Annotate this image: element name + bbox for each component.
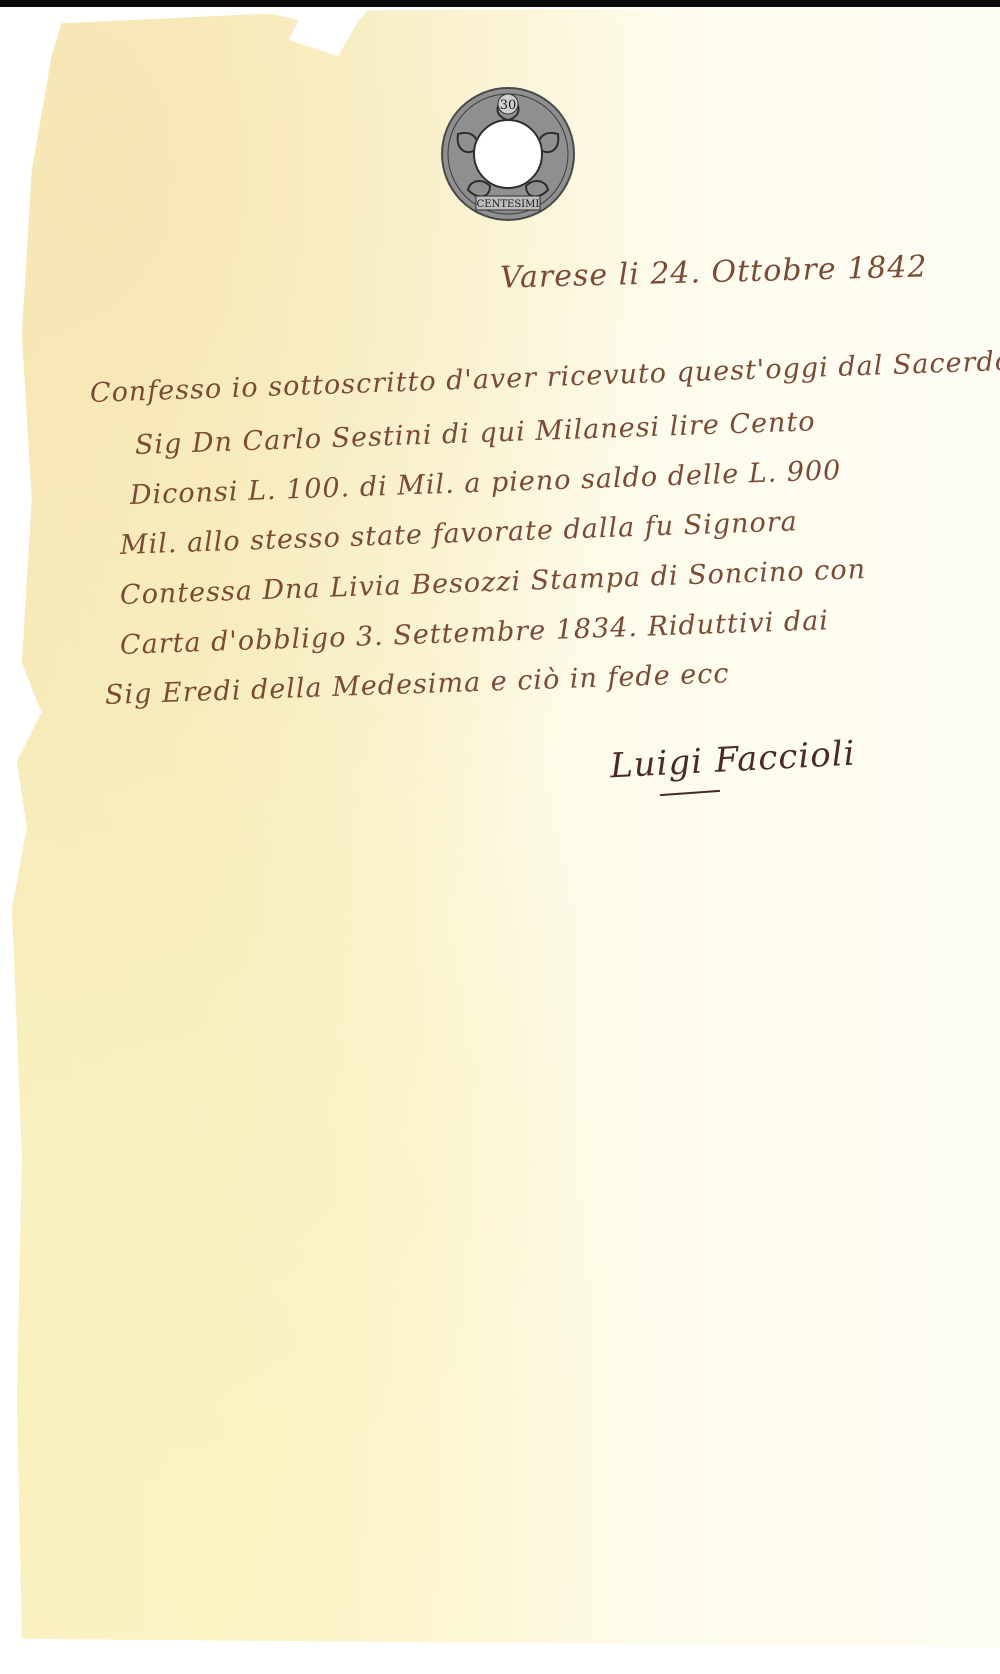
svg-text:CENTESIMI: CENTESIMI: [477, 199, 540, 210]
scan-top-edge: [0, 0, 1000, 7]
svg-text:30: 30: [500, 98, 517, 113]
revenue-stamp-icon: CENTESIMI 30: [440, 86, 576, 222]
